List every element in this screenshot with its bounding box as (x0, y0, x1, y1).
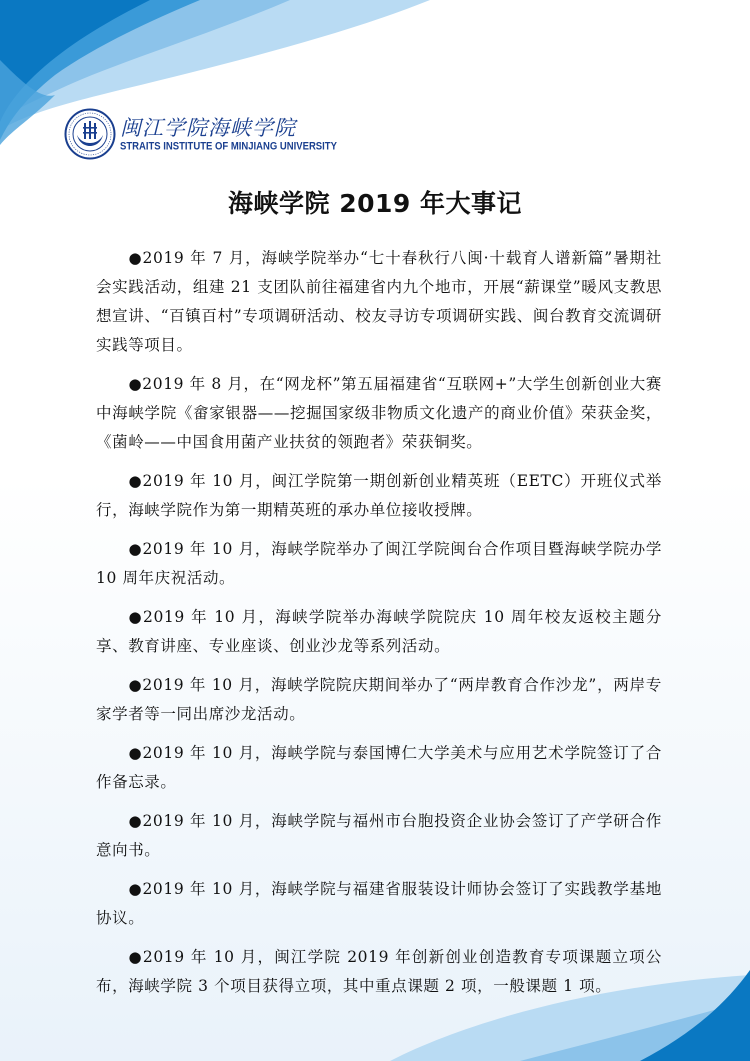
chronicle-item: ●2019 年 10 月，海峡学院举办了闽江学院闽台合作项目暨海峡学院办学 10… (96, 535, 662, 593)
chronicle-item: ●2019 年 10 月，海峡学院与泰国博仁大学美术与应用艺术学院签订了合作备忘… (96, 739, 662, 797)
chronicle-item-text: 2019 年 10 月，海峡学院与福建省服装设计师协会签订了实践教学基地协议。 (96, 880, 662, 927)
chronicle-item-text: 2019 年 10 月，海峡学院与泰国博仁大学美术与应用艺术学院签订了合作备忘录… (96, 744, 662, 791)
logo-english-name: STRAITS INSTITUTE OF MINJIANG UNIVERSITY (120, 140, 337, 154)
chronicle-item: ●2019 年 7 月，海峡学院举办“七十春秋行八闽·十载育人谱新篇”暑期社会实… (96, 244, 662, 360)
bullet-icon: ● (129, 608, 143, 626)
institution-logo: 闽江学院海峡学院 STRAITS INSTITUTE OF MINJIANG U… (64, 108, 337, 160)
chronicle-item-text: 2019 年 10 月，海峡学院举办海峡学院院庆 10 周年校友返校主题分享、教… (96, 608, 662, 655)
chronicle-item: ●2019 年 10 月，海峡学院与福建省服装设计师协会签订了实践教学基地协议。 (96, 875, 662, 933)
chronicle-item: ●2019 年 8 月，在“网龙杯”第五届福建省“互联网+”大学生创新创业大赛中… (96, 370, 662, 457)
bullet-icon: ● (129, 375, 143, 393)
bullet-icon: ● (129, 744, 143, 762)
chronicle-item: ●2019 年 10 月，海峡学院与福州市台胞投资企业协会签订了产学研合作意向书… (96, 807, 662, 865)
chronicle-item: ●2019 年 10 月，闽江学院第一期创新创业精英班（EETC）开班仪式举行，… (96, 467, 662, 525)
bullet-icon: ● (129, 540, 143, 558)
bullet-icon: ● (129, 472, 143, 490)
logo-chinese-name: 闽江学院海峡学院 (120, 115, 337, 141)
chronicle-item-text: 2019 年 10 月，闽江学院 2019 年创新创业创造教育专项课题立项公布，… (96, 948, 662, 995)
bullet-icon: ● (129, 948, 143, 966)
bullet-icon: ● (129, 880, 143, 898)
bullet-icon: ● (129, 249, 143, 267)
bullet-icon: ● (129, 812, 143, 830)
chronicle-list: ●2019 年 7 月，海峡学院举办“七十春秋行八闽·十载育人谱新篇”暑期社会实… (96, 244, 662, 1011)
chronicle-item: ●2019 年 10 月，海峡学院院庆期间举办了“两岸教育合作沙龙”，两岸专家学… (96, 671, 662, 729)
bullet-icon: ● (129, 676, 143, 694)
chronicle-item-text: 2019 年 10 月，闽江学院第一期创新创业精英班（EETC）开班仪式举行，海… (96, 472, 662, 519)
document-title: 海峡学院 2019 年大事记 (0, 184, 750, 220)
chronicle-item-text: 2019 年 7 月，海峡学院举办“七十春秋行八闽·十载育人谱新篇”暑期社会实践… (96, 249, 662, 354)
chronicle-item: ●2019 年 10 月，海峡学院举办海峡学院院庆 10 周年校友返校主题分享、… (96, 603, 662, 661)
chronicle-item-text: 2019 年 10 月，海峡学院举办了闽江学院闽台合作项目暨海峡学院办学 10 … (96, 540, 662, 587)
chronicle-item-text: 2019 年 10 月，海峡学院院庆期间举办了“两岸教育合作沙龙”，两岸专家学者… (96, 676, 662, 723)
chronicle-item-text: 2019 年 10 月，海峡学院与福州市台胞投资企业协会签订了产学研合作意向书。 (96, 812, 662, 859)
chronicle-item: ●2019 年 10 月，闽江学院 2019 年创新创业创造教育专项课题立项公布… (96, 943, 662, 1001)
chronicle-item-text: 2019 年 8 月，在“网龙杯”第五届福建省“互联网+”大学生创新创业大赛中海… (96, 375, 662, 451)
university-seal-icon (64, 108, 116, 160)
